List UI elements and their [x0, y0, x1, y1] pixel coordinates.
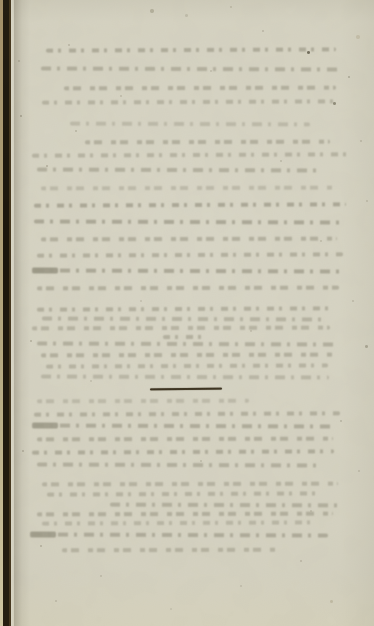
paper-speck: [200, 460, 202, 462]
bleed-through-line: [47, 491, 323, 496]
bleed-through-line: [32, 152, 350, 157]
bleed-through-line: [37, 341, 337, 346]
bleed-through-line: [42, 317, 324, 322]
bleed-through-line: [37, 286, 339, 291]
bleed-through-line: [37, 463, 323, 468]
bleed-through-line: [46, 47, 336, 52]
bleed-through-line: [42, 520, 318, 525]
paper-speck: [280, 160, 282, 162]
bleed-through-line: [32, 532, 328, 537]
bleed-through-line: [32, 449, 334, 454]
bleed-through-line: [41, 66, 341, 71]
bleed-through-line: [37, 168, 319, 173]
bleed-through-line: [37, 252, 343, 257]
paper-speck: [330, 600, 333, 603]
bleed-through-line: [37, 399, 249, 404]
paper-speck: [120, 95, 122, 97]
bleed-through-line: [62, 548, 278, 553]
paper-speck: [46, 165, 48, 167]
paper-speck: [320, 240, 322, 242]
bleed-through-line: [42, 482, 338, 487]
bleed-through-line: [41, 374, 329, 379]
bleed-through-line: [42, 99, 337, 104]
bleed-through-line: [34, 219, 342, 224]
bleed-through-text-block: [0, 0, 374, 626]
bleed-through-blot: [32, 422, 58, 428]
bleed-through-line: [110, 503, 342, 508]
bleed-through-line: [37, 437, 333, 442]
paper-speck: [210, 70, 212, 72]
bleed-through-line: [163, 335, 207, 339]
bleed-through-line: [85, 140, 330, 145]
paper-speck: [240, 585, 242, 587]
paper-speck: [300, 560, 302, 562]
bleed-through-line: [70, 122, 310, 127]
book-page: [0, 0, 374, 626]
bleed-through-line: [34, 423, 336, 428]
paper-speck: [230, 6, 232, 8]
bleed-through-line: [37, 512, 333, 517]
bleed-through-line: [37, 306, 333, 311]
paper-speck: [55, 600, 57, 602]
paper-speck: [150, 9, 154, 13]
bleed-through-line: [34, 268, 346, 273]
bleed-through-line: [41, 353, 333, 358]
bleed-through-line: [41, 237, 337, 242]
paper-speck: [40, 545, 42, 547]
paper-speck: [185, 14, 188, 17]
paper-speck: [352, 300, 354, 302]
paper-speck: [348, 76, 350, 78]
bleed-through-line: [32, 326, 330, 331]
paper-speck: [340, 420, 342, 422]
bleed-through-line: [41, 186, 336, 191]
paper-speck: [360, 140, 362, 142]
paper-speck: [333, 102, 336, 105]
paper-speck: [358, 470, 360, 472]
page-edge-highlight: [11, 0, 14, 626]
bleed-through-line: [34, 411, 340, 416]
paper-speck: [262, 30, 264, 32]
book-page-scan: [0, 0, 374, 626]
bleed-through-line: [64, 86, 336, 91]
paper-speck: [75, 130, 77, 132]
paper-speck: [100, 575, 102, 577]
bleed-through-blot: [32, 267, 58, 273]
paper-speck: [170, 608, 172, 610]
bleed-through-line: [34, 202, 346, 207]
bleed-through-line: [46, 363, 328, 368]
paper-speck: [366, 200, 368, 202]
paper-speck: [310, 510, 312, 512]
paper-speck: [356, 35, 360, 39]
paper-speck: [140, 300, 142, 302]
paper-speck: [250, 330, 252, 332]
paper-speck: [365, 345, 368, 348]
paper-speck: [90, 380, 92, 382]
paper-speck: [307, 51, 310, 54]
book-binding-edge: [0, 0, 34, 626]
paper-speck: [68, 44, 70, 46]
